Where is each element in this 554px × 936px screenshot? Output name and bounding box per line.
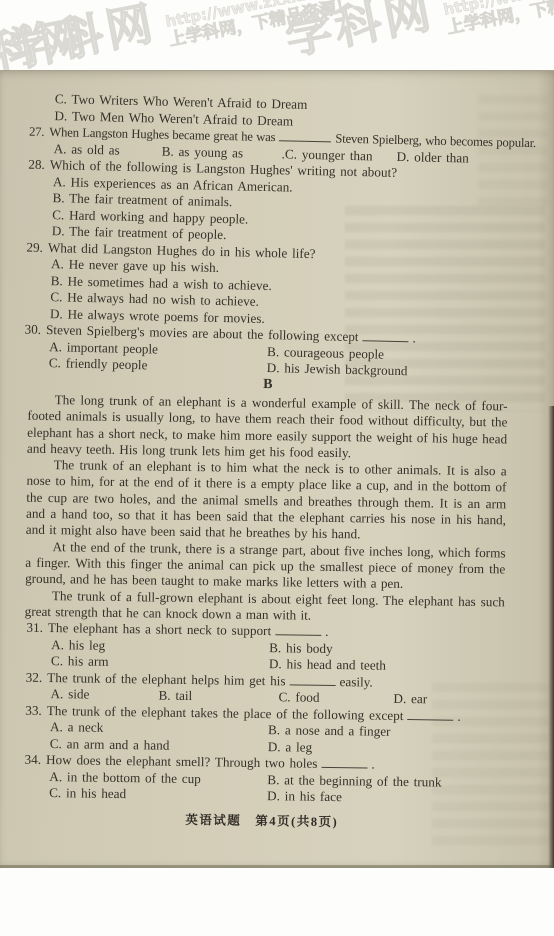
option: C. in his head bbox=[49, 785, 267, 805]
exam-paper: C. Two Writers Who Weren't Afraid to Dre… bbox=[0, 70, 554, 868]
zxxk-logo: 学科网 bbox=[1, 0, 161, 70]
question-number: 30. bbox=[24, 322, 41, 337]
options: A. He never gave up his wish. B. He some… bbox=[23, 256, 504, 333]
options: A. in the bottom of the cup B. at the be… bbox=[22, 768, 502, 808]
reading-passage: The long trunk of an elephant is a wonde… bbox=[25, 391, 508, 626]
passage-paragraph: The long trunk of an elephant is a wonde… bbox=[27, 391, 508, 463]
options: A. His experiences as an African America… bbox=[25, 173, 506, 250]
page-edge-shadow bbox=[0, 865, 554, 868]
question-pre: How does the elephant smell? Through two… bbox=[46, 752, 318, 771]
question-28: 28.Which of the following is Langston Hu… bbox=[25, 157, 507, 250]
scanned-exam-page: 学科网 学科网 http://www.zxxk.com 上学科网，下精品资源！ … bbox=[0, 0, 554, 936]
question-number: 32. bbox=[26, 669, 43, 684]
option: D. in his face bbox=[267, 788, 502, 808]
question-number: 31. bbox=[26, 619, 43, 634]
question-number: 27. bbox=[29, 125, 45, 139]
question-number: 28. bbox=[28, 157, 45, 172]
question-post: easily. bbox=[339, 673, 372, 688]
answer-blank bbox=[289, 673, 335, 686]
question-29: 29.What did Langston Hughes do in his wh… bbox=[23, 239, 505, 332]
question-post: . bbox=[412, 330, 416, 345]
option: A. side bbox=[50, 686, 158, 704]
question-pre: The trunk of the elephant helps him get … bbox=[47, 669, 286, 687]
question-post: . bbox=[325, 624, 329, 639]
page-edge-shadow bbox=[548, 406, 554, 868]
watermark-text: http://www.zxxk.com 上学科网，下精品资源！ bbox=[442, 0, 554, 37]
question-33: 33.The trunk of the elephant takes the p… bbox=[23, 702, 504, 758]
option: D. ear bbox=[393, 691, 503, 709]
answer-blank bbox=[407, 707, 453, 720]
watermark: 学科网 http://www.zxxk.com 上学科网，下精品资源！ bbox=[279, 0, 554, 68]
question-pre: The elephant has a short neck to support bbox=[48, 620, 271, 638]
passage-paragraph: At the end of the trunk, there is a stra… bbox=[25, 538, 506, 594]
answer-blank bbox=[279, 129, 331, 142]
answer-blank bbox=[362, 329, 408, 342]
option: C. food bbox=[278, 689, 393, 707]
passage-paragraph: The trunk of an elephant is to him what … bbox=[26, 456, 507, 544]
question-34: 34.How does the elephant smell? Through … bbox=[22, 751, 503, 807]
question-31: 31.The elephant has a short neck to supp… bbox=[24, 619, 505, 675]
question-post: . bbox=[371, 756, 375, 771]
watermark-band: 学科网 学科网 http://www.zxxk.com 上学科网，下精品资源！ … bbox=[0, 0, 554, 70]
question-number: 29. bbox=[26, 239, 43, 254]
option: D. older than bbox=[396, 148, 506, 167]
answer-blank bbox=[321, 756, 367, 769]
option: B. tail bbox=[158, 687, 278, 705]
zxxk-logo: 学科网 bbox=[279, 0, 439, 68]
question-number: 34. bbox=[24, 751, 41, 766]
page-footer: 英语试题 第4页(共8页) bbox=[22, 807, 502, 832]
question-post: . bbox=[457, 708, 461, 723]
answer-blank bbox=[275, 623, 321, 636]
question-number: 33. bbox=[25, 702, 42, 717]
